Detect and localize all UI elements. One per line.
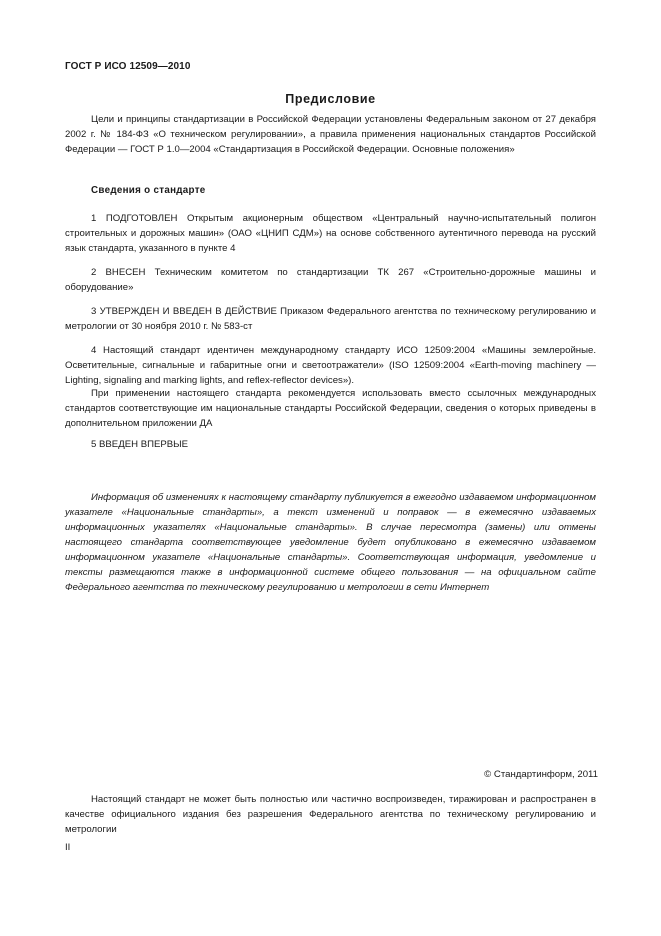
page-title: Предисловие [0, 92, 661, 106]
standard-code-header: ГОСТ Р ИСО 12509—2010 [65, 61, 191, 72]
section-subheading: Сведения о стандарте [91, 185, 206, 196]
item-introduced: 5 ВВЕДЕН ВПЕРВЫЕ [65, 437, 596, 452]
item-identical: 4 Настоящий стандарт идентичен междунаро… [65, 343, 596, 388]
item-prepared: 1 ПОДГОТОВЛЕН Открытым акционерным общес… [65, 211, 596, 256]
document-page: ГОСТ Р ИСО 12509—2010 Предисловие Цели и… [0, 0, 661, 936]
item-approved: 3 УТВЕРЖДЕН И ВВЕДЕН В ДЕЙСТВИЕ Приказом… [65, 304, 596, 334]
reproduction-restriction: Настоящий стандарт не может быть полност… [65, 792, 596, 837]
item-application-note: При применении настоящего стандарта реко… [65, 386, 596, 431]
page-number: II [65, 842, 70, 853]
intro-paragraph: Цели и принципы стандартизации в Российс… [65, 112, 596, 157]
item-submitted: 2 ВНЕСЕН Техническим комитетом по станда… [65, 265, 596, 295]
changes-notice: Информация об изменениях к настоящему ст… [65, 490, 596, 595]
copyright-line: © Стандартинформ, 2011 [484, 769, 598, 780]
